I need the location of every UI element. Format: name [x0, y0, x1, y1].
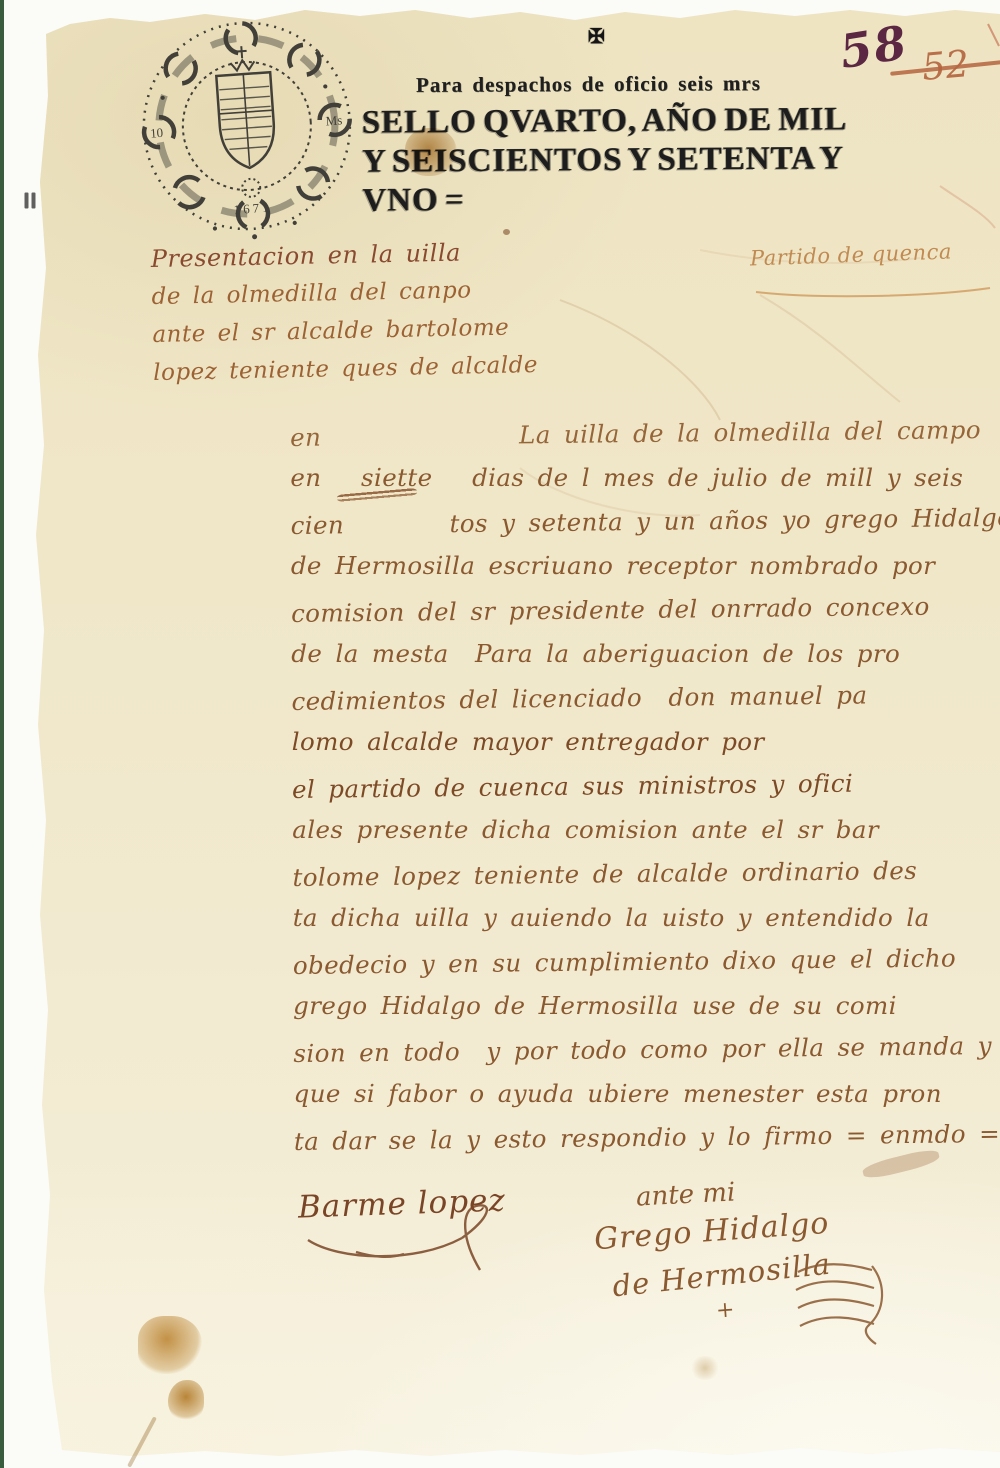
stamp-motto: Para despachos de oficio seis mrs — [416, 71, 761, 98]
manuscript-line: ta dar se la y esto respondio y lo firmo… — [294, 1112, 994, 1164]
manuscript-line: ta dicha uilla y auiendo la uisto y ente… — [293, 896, 993, 940]
manuscript-line: sion en todo y por todo como por ella se… — [293, 1024, 993, 1076]
stain — [168, 1380, 204, 1422]
manuscript-line: de la mesta Para la aberiguacion de los … — [291, 632, 991, 676]
manuscript-line: lomo alcalde mayor entregador por — [292, 720, 992, 764]
manuscript-line: tolome lopez teniente de alcalde ordinar… — [292, 848, 992, 900]
seal-value-left: 10 — [150, 125, 164, 141]
royal-seal-stamp: 10 Ms 1671 — [128, 12, 366, 244]
manuscript-body: en La uilla de la olmedilla del campoen … — [290, 410, 994, 1162]
stamp-title-line-3: VNO = — [362, 178, 848, 220]
manuscript-line: comision del sr presidente del onrrado c… — [291, 584, 991, 636]
document-scan: 10 Ms 1671 ✠ Para despachos de oficio se… — [0, 0, 1000, 1468]
edge-stamp-fragment — [22, 193, 39, 209]
seal-year: 1671 — [233, 199, 272, 217]
manuscript-line: grego Hidalgo de Hermosilla use de su co… — [293, 984, 993, 1028]
ink-speck — [503, 229, 510, 235]
notary-attestation: ante mi — [635, 1177, 736, 1212]
manuscript-line: el partido de cuenca sus ministros y ofi… — [292, 760, 992, 812]
manuscript-line: de Hermosilla escriuano receptor nombrad… — [291, 544, 991, 588]
notary-cross-mark: + — [715, 1297, 735, 1323]
manuscript-line: ales presente dicha comision ante el sr … — [292, 808, 992, 852]
witness-signature: Barme lopez — [297, 1182, 506, 1225]
stain — [690, 1356, 720, 1380]
manuscript-line: cedimientos del licenciado don manuel pa — [291, 672, 991, 724]
margin-note: Presentacion en la uillade la olmedilla … — [150, 232, 538, 392]
manuscript-line: que si fabor o ayuda ubiere menester est… — [294, 1072, 994, 1116]
seal-value-right: Ms — [325, 112, 343, 128]
scan-edge-strip — [0, 0, 4, 1468]
printers-mark-icon: ✠ — [588, 24, 605, 48]
folio-number: 58 — [836, 15, 912, 79]
manuscript-line: cien tos y setenta y un años yo grego Hi… — [290, 496, 990, 548]
manuscript-line: en La uilla de la olmedilla del campo — [290, 408, 990, 460]
manuscript-line: obedecio y en su cumplimiento dixo que e… — [293, 936, 993, 988]
margin-note-line: lopez teniente ques de alcalde — [153, 346, 539, 392]
